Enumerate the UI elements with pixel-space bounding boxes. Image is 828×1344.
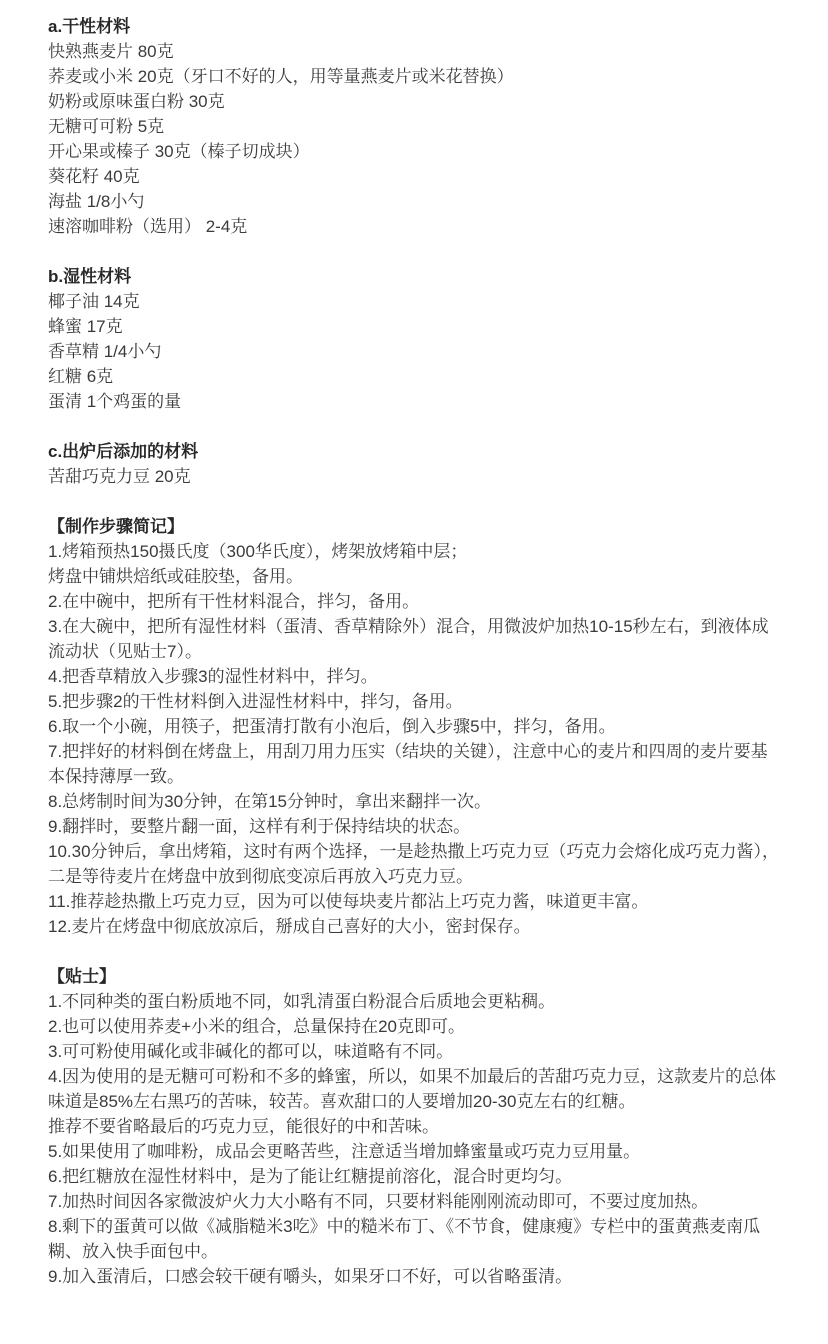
step-line: 6.取一个小碗，用筷子，把蛋清打散有小泡后，倒入步骤5中，拌匀，备用。 <box>48 714 782 739</box>
ingredient-line: 荞麦或小米 20克（牙口不好的人，用等量燕麦片或米花替换） <box>48 64 782 89</box>
ingredient-line: 香草精 1/4小勺 <box>48 339 782 364</box>
ingredient-line: 快熟燕麦片 80克 <box>48 39 782 64</box>
recipe-document: a.干性材料 快熟燕麦片 80克 荞麦或小米 20克（牙口不好的人，用等量燕麦片… <box>0 0 828 1344</box>
section-after-bake-ingredients: c.出炉后添加的材料 苦甜巧克力豆 20克 <box>48 439 782 489</box>
step-line: 8.总烤制时间为30分钟，在第15分钟时，拿出来翻拌一次。 <box>48 789 782 814</box>
tip-line: 2.也可以使用荞麦+小米的组合，总量保持在20克即可。 <box>48 1014 782 1039</box>
dry-ingredients-heading: a.干性材料 <box>48 14 782 39</box>
tip-line: 7.加热时间因各家微波炉火力大小略有不同，只要材料能刚刚流动即可，不要过度加热。 <box>48 1189 782 1214</box>
step-line: 烤盘中铺烘焙纸或硅胶垫，备用。 <box>48 564 782 589</box>
ingredient-line: 速溶咖啡粉（选用） 2-4克 <box>48 214 782 239</box>
step-line: 4.把香草精放入步骤3的湿性材料中，拌匀。 <box>48 664 782 689</box>
section-dry-ingredients: a.干性材料 快熟燕麦片 80克 荞麦或小米 20克（牙口不好的人，用等量燕麦片… <box>48 14 782 239</box>
step-line: 10.30分钟后，拿出烤箱，这时有两个选择，一是趁热撒上巧克力豆（巧克力会熔化成… <box>48 839 782 889</box>
steps-heading: 【制作步骤简记】 <box>48 514 782 539</box>
ingredient-line: 蜂蜜 17克 <box>48 314 782 339</box>
tips-heading: 【贴士】 <box>48 964 782 989</box>
ingredient-line: 葵花籽 40克 <box>48 164 782 189</box>
tip-line: 8.剩下的蛋黄可以做《减脂糙米3吃》中的糙米布丁、《不节食，健康瘦》专栏中的蛋黄… <box>48 1214 782 1264</box>
after-bake-heading: c.出炉后添加的材料 <box>48 439 782 464</box>
section-tips: 【贴士】 1.不同种类的蛋白粉质地不同，如乳清蛋白粉混合后质地会更粘稠。 2.也… <box>48 964 782 1289</box>
ingredient-line: 无糖可可粉 5克 <box>48 114 782 139</box>
ingredient-line: 开心果或榛子 30克（榛子切成块） <box>48 139 782 164</box>
step-line: 2.在中碗中，把所有干性材料混合，拌匀，备用。 <box>48 589 782 614</box>
tip-line: 3.可可粉使用碱化或非碱化的都可以，味道略有不同。 <box>48 1039 782 1064</box>
tip-line: 6.把红糖放在湿性材料中，是为了能让红糖提前溶化，混合时更均匀。 <box>48 1164 782 1189</box>
step-line: 7.把拌好的材料倒在烤盘上，用刮刀用力压实（结块的关键），注意中心的麦片和四周的… <box>48 739 782 789</box>
step-line: 5.把步骤2的干性材料倒入进湿性材料中，拌匀，备用。 <box>48 689 782 714</box>
section-wet-ingredients: b.湿性材料 椰子油 14克 蜂蜜 17克 香草精 1/4小勺 红糖 6克 蛋清… <box>48 264 782 414</box>
ingredient-line: 苦甜巧克力豆 20克 <box>48 464 782 489</box>
step-line: 11.推荐趁热撒上巧克力豆，因为可以使每块麦片都沾上巧克力酱，味道更丰富。 <box>48 889 782 914</box>
ingredient-line: 海盐 1/8小勺 <box>48 189 782 214</box>
ingredient-line: 奶粉或原味蛋白粉 30克 <box>48 89 782 114</box>
step-line: 12.麦片在烤盘中彻底放凉后，掰成自己喜好的大小，密封保存。 <box>48 914 782 939</box>
section-steps: 【制作步骤简记】 1.烤箱预热150摄氏度（300华氏度），烤架放烤箱中层； 烤… <box>48 514 782 939</box>
tip-line: 5.如果使用了咖啡粉，成品会更略苦些，注意适当增加蜂蜜量或巧克力豆用量。 <box>48 1139 782 1164</box>
tip-line: 1.不同种类的蛋白粉质地不同，如乳清蛋白粉混合后质地会更粘稠。 <box>48 989 782 1014</box>
step-line: 3.在大碗中，把所有湿性材料（蛋清、香草精除外）混合，用微波炉加热10-15秒左… <box>48 614 782 664</box>
ingredient-line: 蛋清 1个鸡蛋的量 <box>48 389 782 414</box>
step-line: 1.烤箱预热150摄氏度（300华氏度），烤架放烤箱中层； <box>48 539 782 564</box>
tip-line: 4.因为使用的是无糖可可粉和不多的蜂蜜，所以，如果不加最后的苦甜巧克力豆，这款麦… <box>48 1064 782 1114</box>
tip-line: 9.加入蛋清后，口感会较干硬有嚼头，如果牙口不好，可以省略蛋清。 <box>48 1264 782 1289</box>
tip-line: 推荐不要省略最后的巧克力豆，能很好的中和苦味。 <box>48 1114 782 1139</box>
wet-ingredients-heading: b.湿性材料 <box>48 264 782 289</box>
ingredient-line: 红糖 6克 <box>48 364 782 389</box>
ingredient-line: 椰子油 14克 <box>48 289 782 314</box>
step-line: 9.翻拌时，要整片翻一面，这样有利于保持结块的状态。 <box>48 814 782 839</box>
